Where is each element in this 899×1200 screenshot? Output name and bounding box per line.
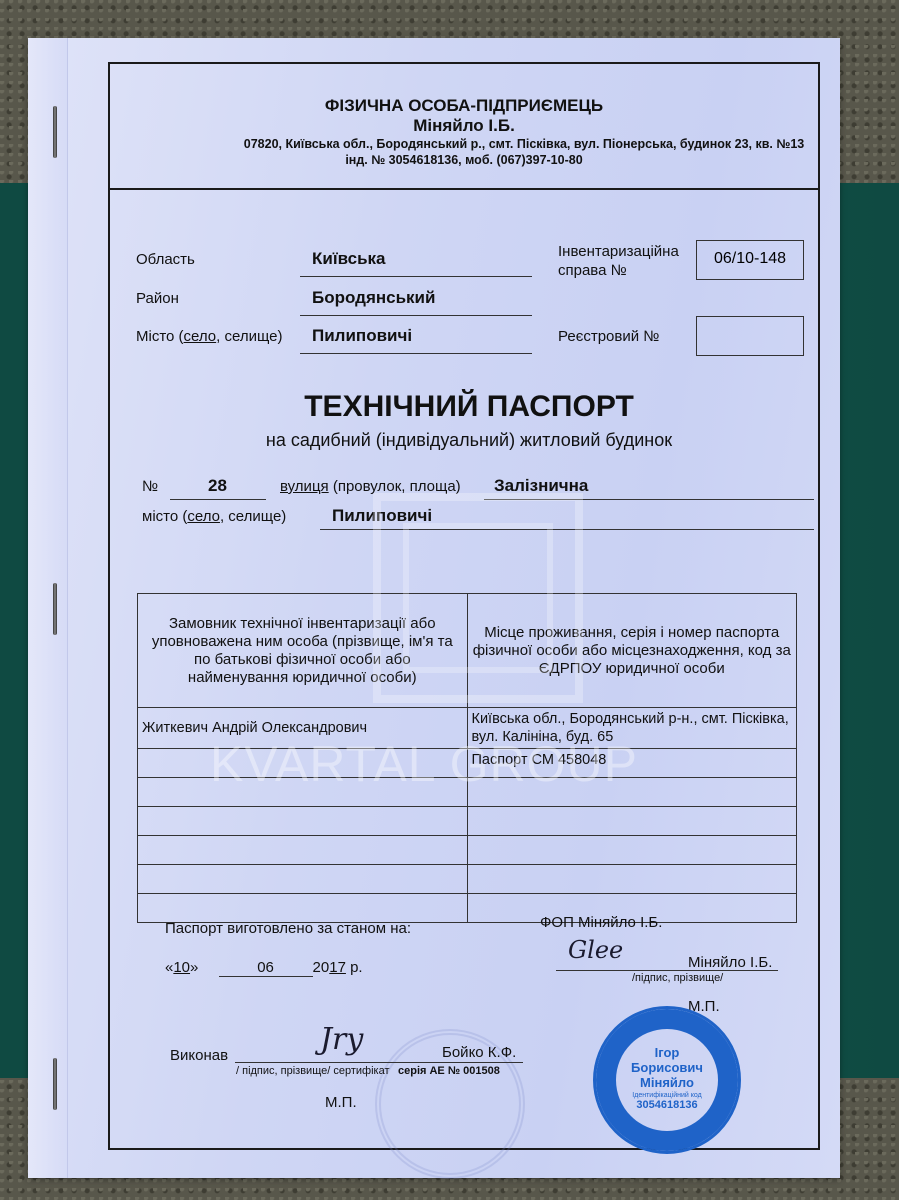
fop-signature-icon: Glee (568, 936, 623, 964)
table-cell-customer (138, 836, 468, 865)
table-header-residence: Місце проживання, серія і номер паспорта… (467, 594, 797, 708)
inventory-label: Інвентаризаційнасправа № (558, 242, 679, 280)
town-label: місто (село, селище) (142, 508, 286, 525)
district-label: Район (136, 290, 179, 307)
district-underline (300, 315, 532, 316)
registry-label: Реєстровий № (558, 328, 659, 345)
table-cell-customer (138, 865, 468, 894)
table-cell-customer (138, 778, 468, 807)
region-value: Київська (312, 249, 386, 269)
district-value: Бородянський (312, 288, 435, 308)
executor-name: Бойко К.Ф. (442, 1044, 516, 1061)
table-cell-residence (467, 778, 797, 807)
date-year: 17 (329, 959, 346, 976)
town-underline (320, 529, 814, 530)
table-row (138, 894, 797, 923)
customer-table: Замовник технічної інвентаризації або уп… (137, 593, 797, 923)
table-row (138, 836, 797, 865)
document-page: ФІЗИЧНА ОСОБА-ПІДПРИЄМЕЦЬ Міняйло І.Б. 0… (28, 38, 840, 1178)
table-cell-customer (138, 894, 468, 923)
fop-label: ФОП Міняйло І.Б. (540, 914, 662, 931)
table-cell-residence (467, 865, 797, 894)
prepared-date-label: Паспорт виготовлено за станом на: (165, 920, 411, 937)
issuer-name: Міняйло І.Б. (110, 116, 818, 136)
table-header-customer: Замовник технічної інвентаризації або уп… (138, 594, 468, 708)
city-underline (300, 353, 532, 354)
registry-number-box (696, 316, 804, 356)
seal-label-left: М.П. (325, 1094, 357, 1111)
table-cell-residence: Паспорт СМ 458048 (467, 749, 797, 778)
executor-certificate: серія АЕ № 001508 (398, 1065, 500, 1077)
executed-by-label: Виконав (170, 1047, 228, 1064)
table-cell-residence (467, 807, 797, 836)
document-frame: ФІЗИЧНА ОСОБА-ПІДПРИЄМЕЦЬ Міняйло І.Б. 0… (108, 62, 820, 1150)
table-row: Житкевич Андрій Олександрович Київська о… (138, 708, 797, 749)
document-subtitle: на садибний (індивідуальний) житловий бу… (110, 430, 818, 451)
street-value: Залізнична (494, 476, 588, 496)
prepared-date: «10» 062017 р. (165, 959, 363, 977)
table-row (138, 778, 797, 807)
city-value: Пилиповичі (312, 326, 412, 346)
issuer-ids: інд. № 3054618136, моб. (067)397-10-80 (110, 152, 818, 168)
fop-name: Міняйло І.Б. (688, 954, 772, 971)
executor-signature-line (235, 1062, 523, 1063)
house-number-underline (170, 499, 266, 500)
fop-caption: /підпис, прізвище/ (632, 972, 723, 984)
table-cell-residence (467, 836, 797, 865)
house-number-label: № (142, 478, 158, 495)
page-spine (28, 38, 68, 1178)
issuer-type: ФІЗИЧНА ОСОБА-ПІДПРИЄМЕЦЬ (110, 96, 818, 116)
street-label: вулиця (провулок, площа) (280, 478, 461, 495)
table-row (138, 807, 797, 836)
staple-icon (53, 106, 57, 158)
street-underline (484, 499, 814, 500)
house-number-value: 28 (208, 476, 227, 496)
document-title: ТЕХНІЧНИЙ ПАСПОРТ (110, 390, 818, 424)
official-seal-icon: Ігор Борисович Міняйло Ідентифікаційний … (593, 1006, 741, 1154)
table-row (138, 865, 797, 894)
table-cell-customer: Житкевич Андрій Олександрович (138, 708, 468, 749)
table-header-row: Замовник технічної інвентаризації або уп… (138, 594, 797, 708)
executor-signature-icon: Jry (320, 1022, 363, 1057)
issuer-address: 07820, Київська обл., Бородянський р., с… (110, 136, 818, 152)
staple-icon (53, 583, 57, 635)
table-cell-residence: Київська обл., Бородянський р-н., смт. П… (467, 708, 797, 749)
staple-icon (53, 1058, 57, 1110)
issuer-header: ФІЗИЧНА ОСОБА-ПІДПРИЄМЕЦЬ Міняйло І.Б. 0… (110, 64, 818, 190)
region-label: Область (136, 251, 195, 268)
table-row: Паспорт СМ 458048 (138, 749, 797, 778)
city-label: Місто (село, селище) (136, 328, 282, 345)
executor-caption: / підпис, прізвище/ сертифікат (236, 1065, 390, 1077)
date-month: 06 (219, 959, 313, 977)
date-day: 10 (173, 959, 190, 976)
table-cell-customer (138, 807, 468, 836)
town-value: Пилиповичі (332, 506, 432, 526)
table-cell-customer (138, 749, 468, 778)
region-underline (300, 276, 532, 277)
inventory-number-box: 06/10-148 (696, 240, 804, 280)
